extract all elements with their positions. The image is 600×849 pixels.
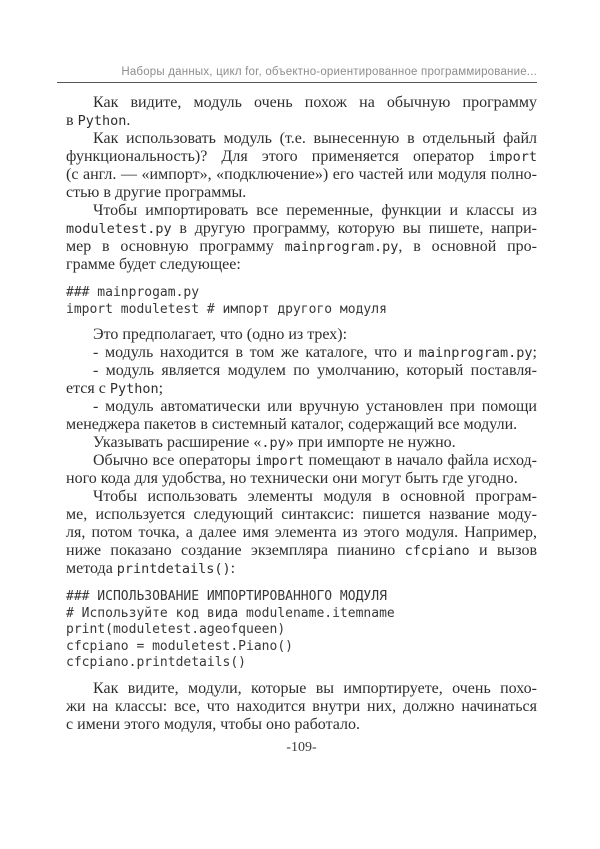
text-column: Как видите, модуль очень похож на обычну… xyxy=(66,94,537,734)
inline-code: printdetails() xyxy=(117,561,231,577)
text-run: : xyxy=(231,560,235,577)
text-line: менеджера пакетов в системный каталог, с… xyxy=(66,416,537,434)
text-line: Как использовать модуль (т.е. вынесенную… xyxy=(66,130,537,148)
text-run: - модуль является модулем по умолчанию, … xyxy=(93,362,537,379)
text-line: Указывать расширение «.py» при импорте н… xyxy=(66,434,537,452)
paragraph: Как видите, модуль очень похож на обычну… xyxy=(66,94,537,130)
text-run: мер в основную программу xyxy=(66,238,285,255)
text-run: помещают в начало файла исход- xyxy=(304,452,537,469)
paragraph: Как использовать модуль (т.е. вынесенную… xyxy=(66,130,537,202)
text-line: жи на классы: все, что находится внутри … xyxy=(66,698,537,716)
inline-code: moduletest.py xyxy=(66,221,172,237)
page-body: Как видите, модуль очень похож на обычну… xyxy=(66,94,537,757)
running-header-text: Наборы данных, цикл for, объектно-ориент… xyxy=(121,66,537,78)
paragraph: Обычно все операторы import помещают в н… xyxy=(66,452,537,488)
text-run: жи на классы: все, что находится внутри … xyxy=(66,698,537,715)
text-line: Это предполагает, что (одно из трех): xyxy=(66,326,537,344)
text-run: - модуль автоматически или вручную устан… xyxy=(93,398,537,415)
text-run: в xyxy=(66,112,78,129)
text-line: Чтобы импортировать все переменные, функ… xyxy=(66,202,537,220)
page-number: -109- xyxy=(286,740,316,755)
text-line: стью в другие программы. xyxy=(66,184,537,202)
text-line: метода printdetails(): xyxy=(66,560,537,578)
text-run: , в основной про- xyxy=(398,238,537,255)
text-run: грамме будет следующее: xyxy=(66,256,241,273)
text-run: ля, потом точка, а далее имя элемента из… xyxy=(66,524,537,541)
text-run: ется с xyxy=(66,380,110,397)
inline-code: Python xyxy=(110,381,159,397)
code-line: cfcpiano.printdetails() xyxy=(66,655,537,672)
inline-code: .py xyxy=(261,435,285,451)
inline-code: import xyxy=(488,149,537,165)
text-run: Чтобы импортировать все переменные, функ… xyxy=(93,202,537,219)
code-line: cfcpiano = moduletest.Piano() xyxy=(66,639,537,656)
text-run: Как видите, модуль очень похож на обычну… xyxy=(93,94,537,111)
text-run: » при импорте не нужно. xyxy=(286,434,456,451)
text-line: - модуль автоматически или вручную устан… xyxy=(66,398,537,416)
text-line: - модуль является модулем по умолчанию, … xyxy=(66,362,537,380)
text-run: ; xyxy=(533,344,537,361)
text-run: ; xyxy=(159,380,163,397)
text-run: менеджера пакетов в системный каталог, с… xyxy=(66,416,517,433)
text-run: Это предполагает, что (одно из трех): xyxy=(93,326,347,343)
text-run: метода xyxy=(66,560,117,577)
text-run: в другую программу, которую вы пишете, н… xyxy=(172,220,537,237)
code-block: ### mainprogam.pyimport moduletest # имп… xyxy=(66,285,537,318)
text-run: - модуль находится в том же каталоге, чт… xyxy=(93,344,419,361)
text-run: Чтобы использовать элементы модуля в осн… xyxy=(93,488,537,505)
paragraph: Чтобы использовать элементы модуля в осн… xyxy=(66,488,537,578)
text-run: ме, используется следующий синтаксис: пи… xyxy=(66,506,537,523)
text-line: ного кода для удобства, но технически он… xyxy=(66,470,537,488)
text-line: ля, потом точка, а далее имя элемента из… xyxy=(66,524,537,542)
text-run: Как использовать модуль (т.е. вынесенную… xyxy=(93,130,537,147)
inline-code: mainprogram.py xyxy=(419,345,533,361)
paragraph: Указывать расширение «.py» при импорте н… xyxy=(66,434,537,452)
text-run: Указывать расширение « xyxy=(93,434,261,451)
text-run: и вызов xyxy=(470,542,537,559)
text-line: функциональность)? Для этого применяется… xyxy=(66,148,537,166)
text-line: мер в основную программу mainprogram.py,… xyxy=(66,238,537,256)
book-page: Наборы данных, цикл for, объектно-ориент… xyxy=(0,0,600,849)
text-line: с имени этого модуля, чтобы оно работало… xyxy=(66,716,537,734)
text-line: moduletest.py в другую программу, котору… xyxy=(66,220,537,238)
running-header: Наборы данных, цикл for, объектно-ориент… xyxy=(57,66,537,83)
inline-code: mainprogram.py xyxy=(285,239,399,255)
code-block: ### ИСПОЛЬЗОВАНИЕ ИМПОРТИРОВАННОГО МОДУЛ… xyxy=(66,589,537,672)
text-run: функциональность)? Для этого применяется… xyxy=(66,148,488,165)
paragraph: - модуль автоматически или вручную устан… xyxy=(66,398,537,434)
text-run: стью в другие программы. xyxy=(66,184,246,201)
paragraph: Это предполагает, что (одно из трех): xyxy=(66,326,537,344)
text-run: Как видите, модули, которые вы импортиру… xyxy=(93,680,537,697)
code-line: print(moduletest.ageofqueen) xyxy=(66,622,537,639)
text-run: с имени этого модуля, чтобы оно работало… xyxy=(66,716,360,733)
paragraph: - модуль является модулем по умолчанию, … xyxy=(66,362,537,398)
text-line: Обычно все операторы import помещают в н… xyxy=(66,452,537,470)
inline-code: Python xyxy=(78,113,127,129)
text-line: ниже показано создание экземпляра пианин… xyxy=(66,542,537,560)
text-line: в Python. xyxy=(66,112,537,130)
text-run: ного кода для удобства, но технически он… xyxy=(66,470,518,487)
code-line: ### mainprogam.py xyxy=(66,285,537,302)
paragraph: Чтобы импортировать все переменные, функ… xyxy=(66,202,537,274)
text-line: Чтобы использовать элементы модуля в осн… xyxy=(66,488,537,506)
text-line: (с англ. — «импорт», «подключение») его … xyxy=(66,166,537,184)
inline-code: import xyxy=(255,453,304,469)
text-line: ется с Python; xyxy=(66,380,537,398)
text-line: - модуль находится в том же каталоге, чт… xyxy=(66,344,537,362)
code-line: ### ИСПОЛЬЗОВАНИЕ ИМПОРТИРОВАННОГО МОДУЛ… xyxy=(66,589,537,606)
text-run: ниже показано создание экземпляра пианин… xyxy=(66,542,405,559)
text-run: (с англ. — «импорт», «подключение») его … xyxy=(66,166,537,183)
page-number-row: -109- xyxy=(66,739,537,757)
text-run: Обычно все операторы xyxy=(93,452,255,469)
text-run: . xyxy=(126,112,130,129)
paragraph: - модуль находится в том же каталоге, чт… xyxy=(66,344,537,362)
code-line: # Используйте код вида modulename.itemna… xyxy=(66,606,537,623)
text-line: ме, используется следующий синтаксис: пи… xyxy=(66,506,537,524)
code-line: import moduletest # импорт другого модул… xyxy=(66,302,537,319)
paragraph: Как видите, модули, которые вы импортиру… xyxy=(66,680,537,734)
text-line: грамме будет следующее: xyxy=(66,256,537,274)
text-line: Как видите, модуль очень похож на обычну… xyxy=(66,94,537,112)
text-line: Как видите, модули, которые вы импортиру… xyxy=(66,680,537,698)
inline-code: cfcpiano xyxy=(405,543,470,559)
